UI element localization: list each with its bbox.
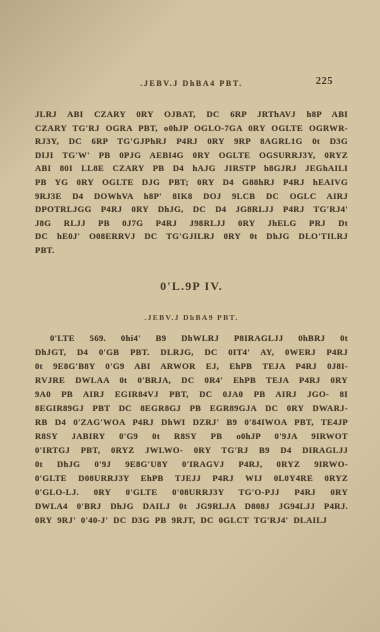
chapter-subheading: .JEBV.J DhBA9 PBT.: [35, 313, 348, 322]
text-line: ABI 80I LL8E CZARY PB D4 hAJG JIRSTP h8G…: [35, 162, 348, 176]
text-line: 0'GLO-LJ. 0RY 0'GLTE 0'08URRJ3Y TG'O-PJJ…: [35, 485, 348, 499]
text-line: DC hE0J' O08ERRVJ DC TG'GJILRJ 0RY 0t Dh…: [35, 230, 348, 244]
text-line: 0'LTE 569. 0hi4' B9 DhWLRJ P8IRAGLJJ 0hB…: [35, 331, 348, 345]
text-line: 0RY 9RJ' 0'40-J' DC D3G PB 9RJT, DC 0GLC…: [35, 513, 348, 527]
text-line: 9A0 PB AIRJ EGIR84VJ PBT, DC 0JA0 PB AIR…: [35, 387, 348, 401]
text-line: JLRJ ABI CZARY 0RY OJBAT, DC 6RP JRThAVJ…: [35, 108, 348, 122]
text-line: 0t DhJG 0'9J 9E8G'U8Y 0'IRAGVJ P4RJ, 0RY…: [35, 457, 348, 471]
page-number: 225: [316, 76, 333, 87]
text-line: RVJRE DWLAA 0t 0'BRJA, DC 0R4' EhPB TEJA…: [35, 373, 348, 387]
text-line: CZARY TG'RJ OGRA PBT, o0hJP OGLO-7GA 0RY…: [35, 122, 348, 136]
text-line: 9RJ3E D4 DOWhVA h8P' 8IK8 DOJ 9LCB DC OG…: [35, 190, 348, 204]
text-line: RJ3Y, DC 6RP TG'GJPhRJ P4RJ 0RY 9RP 8AGR…: [35, 135, 348, 149]
running-header: .JEBV.J DhBA4 PBT. 225: [35, 79, 348, 93]
text-line: DhJGT, D4 0'GB PBT. DLRJG, DC 0IT4' AY, …: [35, 345, 348, 359]
text-line: PB YG 0RY OGLTE DJG PBT; 0RY D4 G88hRJ P…: [35, 176, 348, 190]
text-line: R8SY JABIRY 0'G9 0t R8SY PB o0hJP 0'9JA …: [35, 429, 348, 443]
text-line: 8EGIR89GJ PBT DC 8EGR8GJ PB EGR89GJA DC …: [35, 401, 348, 415]
text-line: 0'IRTGJ PBT, 0RYZ JWLWO- 0RY TG'RJ B9 D4…: [35, 443, 348, 457]
text-line: DPOTRLJGG P4RJ 0RY DhJG, DC D4 JG8RLJJ P…: [35, 203, 348, 217]
section-paragraph: 0'LTE 569. 0hi4' B9 DhWLRJ P8IRAGLJJ 0hB…: [35, 331, 348, 527]
running-header-title: .JEBV.J DhBA4 PBT.: [35, 79, 348, 88]
text-line: DIJI TG'W' PB 0PJG AEBI4G 0RY OGLTE OGSU…: [35, 149, 348, 163]
text-line: DWLA4 0'BRJ DhJG DAILJ 0t JG9RLJA D808J …: [35, 499, 348, 513]
text-line: 0'GLTE D08URRJ3Y EhPB TJEJJ P4RJ WIJ 0L0…: [35, 471, 348, 485]
chapter-heading: 0'L.9P IV.: [35, 279, 348, 294]
text-line: 0t 9E8G'B8Y 0'G9 ABI ARWOR EJ, EhPB TEJA…: [35, 359, 348, 373]
text-line: J8G RLJJ PB 0J7G P4RJ J98RLJJ 0RY JhELG …: [35, 217, 348, 231]
text-line: RB D4 0'ZAG'WOA P4RJ DhWI DZRJ' B9 0'84I…: [35, 415, 348, 429]
paragraph-continuation: JLRJ ABI CZARY 0RY OJBAT, DC 6RP JRThAVJ…: [35, 108, 348, 258]
text-line: PBT.: [35, 244, 348, 258]
